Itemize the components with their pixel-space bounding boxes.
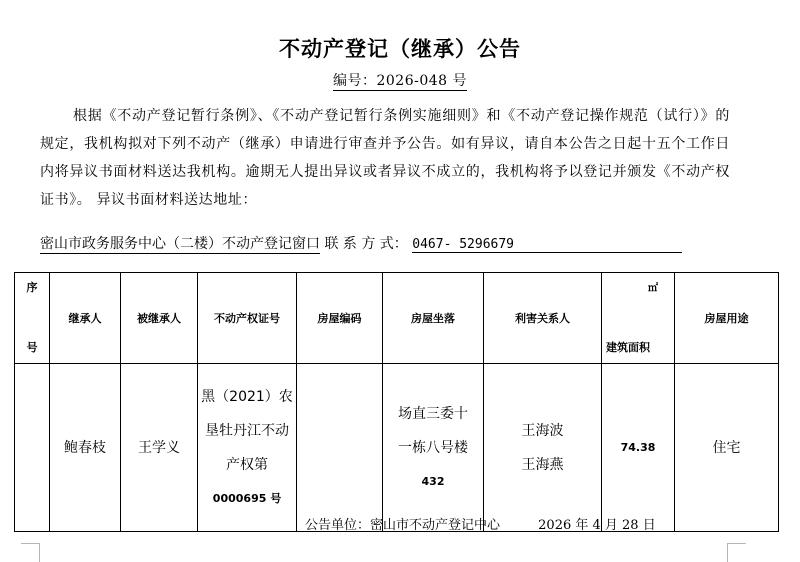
header-heir: 继承人 bbox=[50, 273, 121, 364]
cell-cert-no: 黑（2021）农 垦牡丹江不动 产权第 0000695 号 bbox=[198, 364, 297, 532]
header-area: ㎡ 建筑面积 bbox=[602, 273, 675, 364]
announcement-table: 序号 继承人 被继承人 不动产权证号 房屋编码 房屋坐落 利害关系人 ㎡ 建筑面… bbox=[14, 272, 779, 532]
header-interested-party: 利害关系人 bbox=[484, 273, 602, 364]
header-cert-no: 不动产权证号 bbox=[198, 273, 297, 364]
address-line: 密山市政务服务中心（二楼）不动产登记窗口 联 系 方 式： 0467- 5296… bbox=[40, 233, 682, 253]
issue-date: 2026 年 4 月 28 日 bbox=[538, 518, 656, 533]
page-corner-mark-right bbox=[727, 543, 746, 562]
cell-location: 场直三委十 一栋八号楼 432 bbox=[383, 364, 484, 532]
table-header-row: 序号 继承人 被继承人 不动产权证号 房屋编码 房屋坐落 利害关系人 ㎡ 建筑面… bbox=[15, 273, 779, 364]
contact-phone: 0467- 5296679 bbox=[412, 237, 682, 253]
objection-address: 密山市政务服务中心（二楼）不动产登记窗口 bbox=[40, 236, 320, 254]
cell-usage: 住宅 bbox=[675, 364, 779, 532]
cell-decedent: 王学义 bbox=[121, 364, 198, 532]
page-corner-mark-left bbox=[21, 543, 40, 562]
cell-house-code bbox=[297, 364, 383, 532]
issuer: 公告单位：密山市不动产登记中心 bbox=[305, 518, 500, 533]
header-seq: 序号 bbox=[15, 273, 50, 364]
table-row: 鲍春枝 王学义 黑（2021）农 垦牡丹江不动 产权第 0000695 号 场直… bbox=[15, 364, 779, 532]
header-usage: 房屋用途 bbox=[675, 273, 779, 364]
header-decedent: 被继承人 bbox=[121, 273, 198, 364]
cell-seq bbox=[15, 364, 50, 532]
header-house-code: 房屋编码 bbox=[297, 273, 383, 364]
footer: 公告单位：密山市不动产登记中心 2026 年 4 月 28 日 bbox=[305, 514, 656, 533]
page-title: 不动产登记（继承）公告 bbox=[0, 33, 800, 63]
announcement-body: 根据《不动产登记暂行条例》、《不动产登记暂行条例实施细则》和《不动产登记操作规范… bbox=[40, 102, 730, 214]
document-number: 编号：2026-048 号 bbox=[0, 70, 800, 90]
cell-heir: 鲍春枝 bbox=[50, 364, 121, 532]
header-location: 房屋坐落 bbox=[383, 273, 484, 364]
contact-label: 联 系 方 式： bbox=[324, 236, 407, 252]
cell-area: 74.38 bbox=[602, 364, 675, 532]
cell-interested-party: 王海波 王海燕 bbox=[484, 364, 602, 532]
area-unit: ㎡ bbox=[648, 279, 658, 294]
